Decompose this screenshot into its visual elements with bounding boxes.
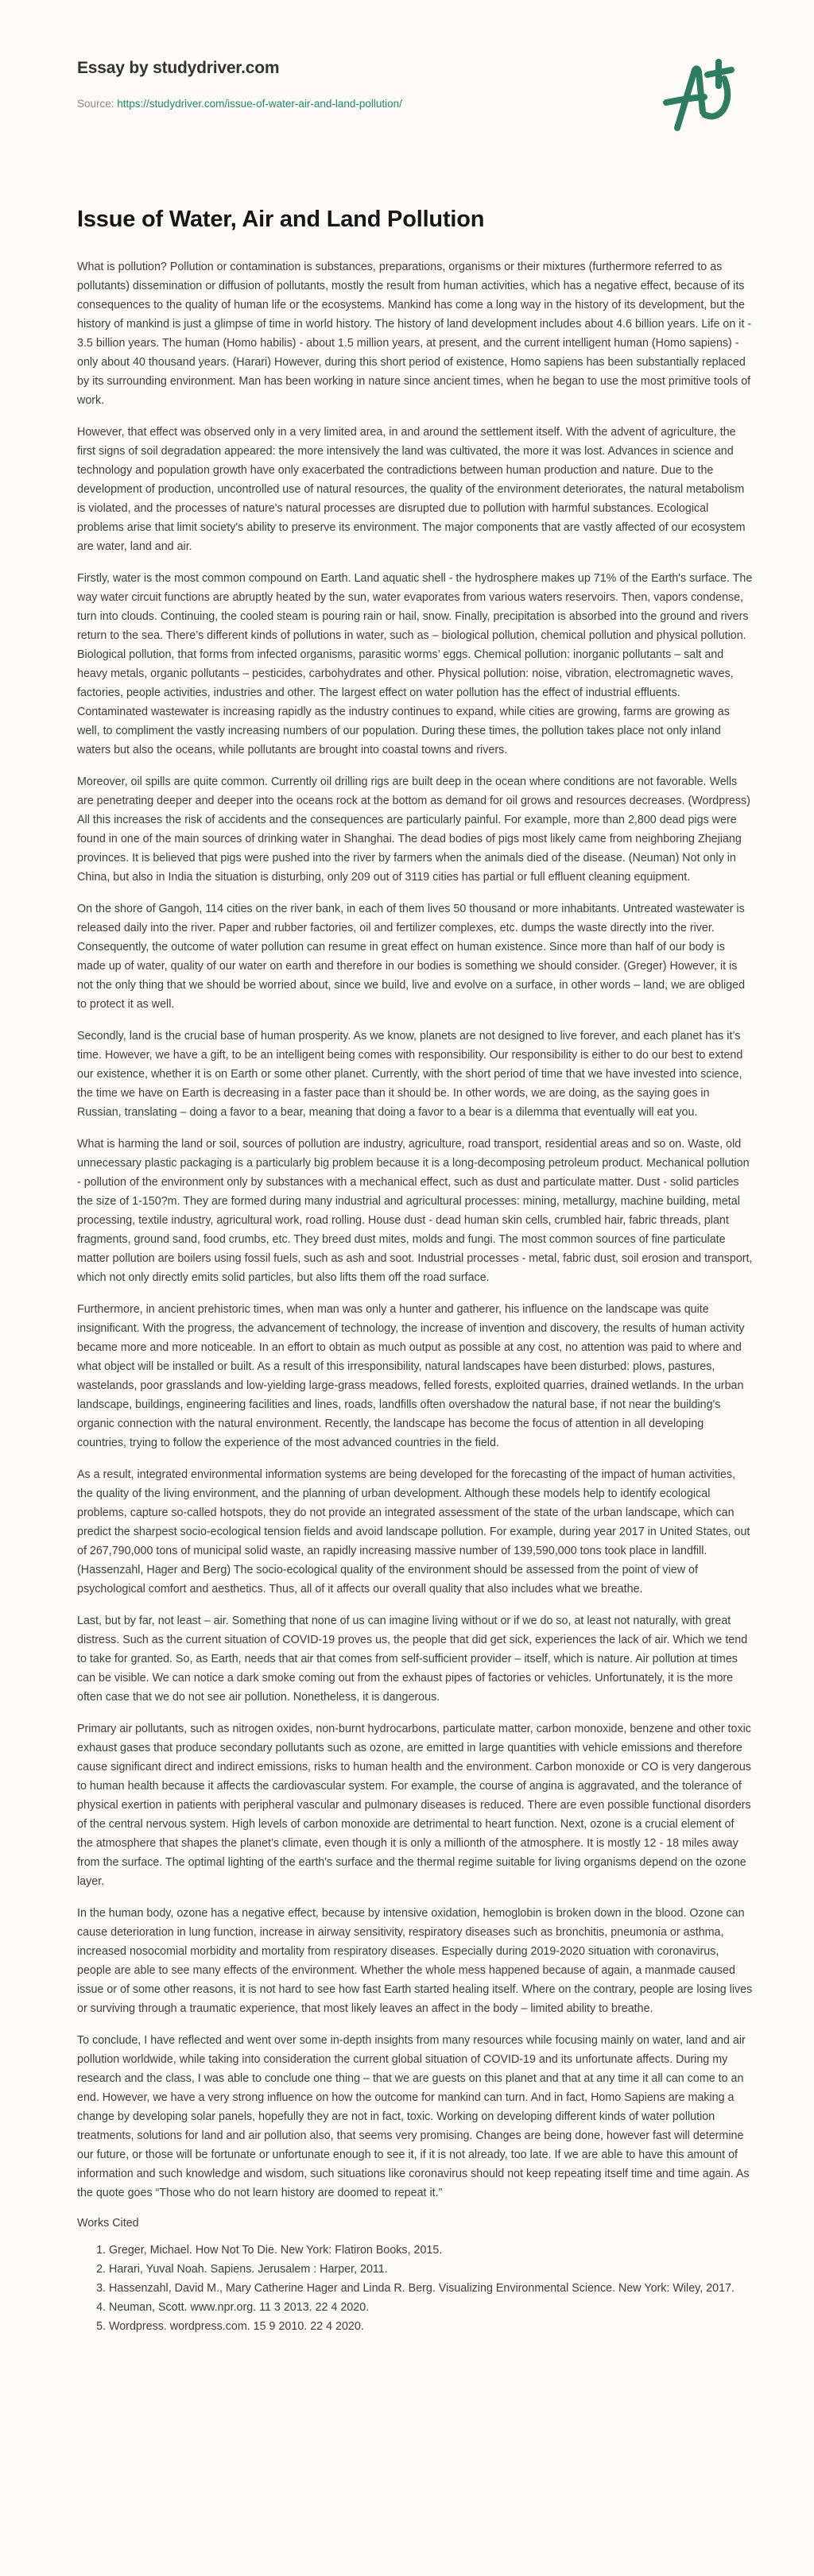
a-plus-grade-icon bbox=[653, 52, 757, 132]
paragraph-soil: What is harming the land or soil, source… bbox=[77, 1135, 753, 1287]
site-title: Essay by studydriver.com bbox=[77, 59, 279, 78]
citation-item: Hassenzahl, David M., Mary Catherine Hag… bbox=[109, 2279, 753, 2298]
paragraph-oil-spills: Moreover, oil spills are quite common. C… bbox=[77, 772, 753, 887]
citation-item: Neuman, Scott. www.npr.org. 11 3 2013. 2… bbox=[109, 2298, 753, 2317]
paragraph-ozone: In the human body, ozone has a negative … bbox=[77, 1904, 753, 2018]
paragraph-air: Last, but by far, not least – air. Somet… bbox=[77, 1611, 753, 1707]
citation-item: Wordpress. wordpress.com. 15 9 2010. 22 … bbox=[109, 2317, 753, 2336]
essay-main: Issue of Water, Air and Land Pollution W… bbox=[0, 205, 753, 2336]
citation-item: Harari, Yuval Noah. Sapiens. Jerusalem :… bbox=[109, 2260, 753, 2279]
paragraph-air-pollutants: Primary air pollutants, such as nitrogen… bbox=[77, 1719, 753, 1891]
paragraph-information-systems: As a result, integrated environmental in… bbox=[77, 1465, 753, 1599]
source-line: Source: https://studydriver.com/issue-of… bbox=[77, 98, 402, 110]
paragraph-landscape: Furthermore, in ancient prehistoric time… bbox=[77, 1300, 753, 1452]
essay-body: What is pollution? Pollution or contamin… bbox=[77, 257, 753, 2203]
paragraph-intro: What is pollution? Pollution or contamin… bbox=[77, 257, 753, 410]
paragraph-gangoh: On the shore of Gangoh, 114 cities on th… bbox=[77, 899, 753, 1014]
works-cited: Works Cited Greger, Michael. How Not To … bbox=[77, 2217, 753, 2336]
paragraph-history: However, that effect was observed only i… bbox=[77, 423, 753, 556]
works-cited-heading: Works Cited bbox=[77, 2217, 753, 2230]
essay-title: Issue of Water, Air and Land Pollution bbox=[77, 205, 753, 234]
source-link[interactable]: https://studydriver.com/issue-of-water-a… bbox=[117, 98, 402, 110]
paragraph-water: Firstly, water is the most common compou… bbox=[77, 569, 753, 760]
source-label: Source: bbox=[77, 98, 117, 110]
paragraph-conclusion: To conclude, I have reflected and went o… bbox=[77, 2031, 753, 2203]
citation-item: Greger, Michael. How Not To Die. New Yor… bbox=[109, 2241, 753, 2260]
paragraph-land: Secondly, land is the crucial base of hu… bbox=[77, 1027, 753, 1122]
page-header: Essay by studydriver.com Source: https:/… bbox=[0, 0, 814, 159]
citation-list: Greger, Michael. How Not To Die. New Yor… bbox=[77, 2241, 753, 2336]
